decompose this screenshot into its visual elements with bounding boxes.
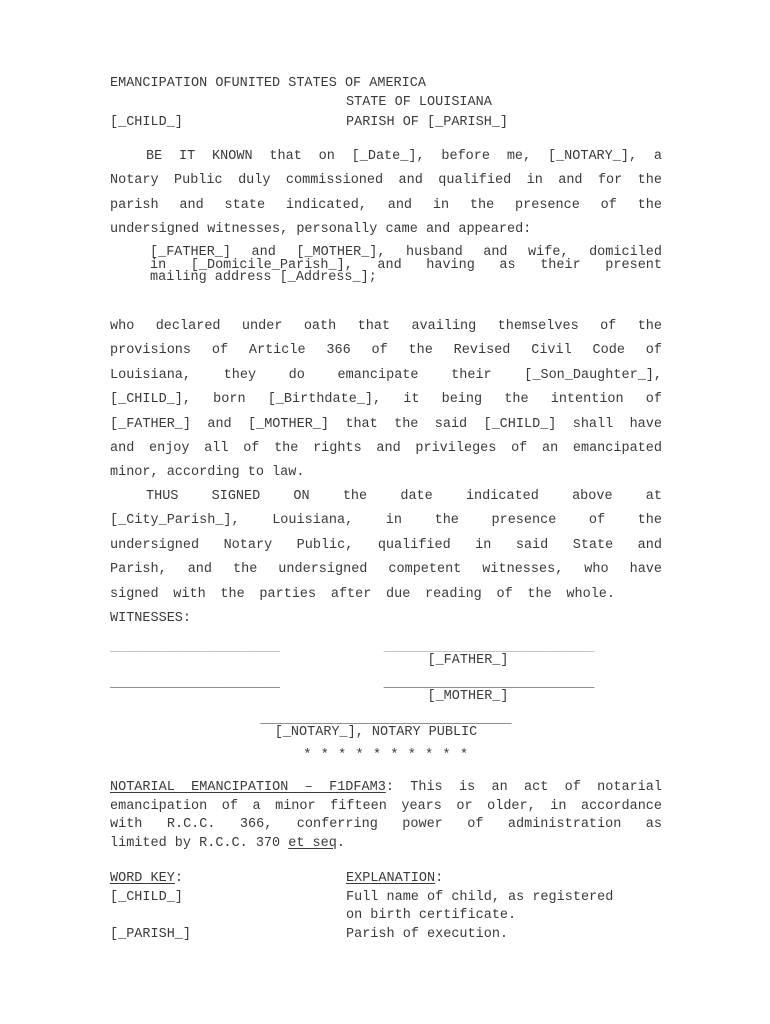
text-line: [_City_Parish_], Louisiana, in the prese…: [110, 509, 662, 533]
document-page: EMANCIPATION OFUNITED STATES OF AMERICA …: [0, 0, 770, 1024]
word-key-heading: WORD KEY:: [110, 870, 346, 889]
notary-label: [_NOTARY_], NOTARY PUBLIC: [110, 727, 662, 739]
signature-section: _____________________ __________________…: [110, 641, 662, 762]
text-line: on birth certificate.: [346, 907, 662, 926]
signature-row-1-lines: _____________________ __________________…: [110, 641, 662, 655]
text-line: Full name of child, as registered: [346, 889, 662, 908]
father-label: [_FATHER_]: [383, 655, 595, 667]
text-line: Parish of execution.: [346, 926, 662, 945]
text-line: signed with the parties after due readin…: [110, 583, 615, 607]
text-line: undersigned Notary Public, qualified in …: [110, 534, 662, 558]
state-line: STATE OF LOUISIANA: [346, 93, 662, 112]
text-line: Notary Public duly commissioned and qual…: [110, 169, 662, 193]
text-line: undersigned witnesses, personally came a…: [110, 218, 662, 242]
signature-label-spacer: [110, 691, 383, 703]
text-line: provisions of Article 366 of the Revised…: [110, 339, 662, 363]
word-key-term: [_CHILD_]: [110, 889, 346, 926]
footnote-line-4-pre: limited by R.C.C. 370: [110, 836, 288, 851]
witnesses-label: WITNESSES:: [110, 612, 662, 626]
word-key-explanation: Full name of child, as registeredon birt…: [346, 889, 662, 926]
word-key-section: WORD KEY: EXPLANATION: [_CHILD_] Full na…: [110, 870, 662, 945]
declaration-paragraph: who declared under oath that availing th…: [110, 315, 662, 486]
text-line: and enjoy all of the rights and privileg…: [110, 437, 662, 461]
parish-line: PARISH OF [_PARISH_]: [346, 113, 662, 132]
word-key-heading-row: WORD KEY: EXPLANATION:: [110, 870, 662, 889]
text-line: BE IT KNOWN that on [_Date_], before me,…: [110, 145, 662, 169]
signature-row-2-lines: _____________________ __________________…: [110, 677, 662, 691]
footnote-title: NOTARIAL EMANCIPATION – F1DFAM3: [110, 780, 386, 795]
witness-signature-line-2: _____________________: [110, 677, 383, 691]
explanation-heading: EXPLANATION:: [346, 870, 662, 889]
notary-signature-block: _______________________________ [_NOTARY…: [110, 713, 662, 739]
word-key-term: [_PARISH_]: [110, 926, 346, 945]
text-line: Louisiana, they do emancipate their [_So…: [110, 364, 662, 388]
explanation-heading-colon: :: [435, 871, 443, 886]
footnote-line-3: with R.C.C. 366, conferring power of adm…: [110, 816, 662, 835]
mother-label: [_MOTHER_]: [383, 691, 595, 703]
explanation-heading-text: EXPLANATION: [346, 871, 435, 886]
et-seq-citation: et seq: [288, 836, 337, 851]
appearers-paragraph: [_FATHER_] and [_MOTHER_], husband and w…: [150, 247, 662, 285]
word-key-row-parish: [_PARISH_] Parish of execution.: [110, 926, 662, 945]
footnote-line-1-rest: : This is an act of notarial: [386, 780, 662, 795]
document-header: EMANCIPATION OFUNITED STATES OF AMERICA …: [110, 74, 662, 132]
signature-row-1-labels: [_FATHER_]: [110, 655, 662, 667]
opening-paragraph: BE IT KNOWN that on [_Date_], before me,…: [110, 145, 662, 243]
word-key-heading-text: WORD KEY: [110, 871, 175, 886]
text-line: THUS SIGNED ON the date indicated above …: [110, 485, 662, 509]
signature-label-spacer: [110, 655, 383, 667]
text-line: Parish, and the undersigned competent wi…: [110, 558, 662, 582]
text-line: mailing address [_Address_];: [150, 272, 662, 285]
text-line: minor, according to law.: [110, 461, 662, 485]
header-spacer: [110, 93, 346, 112]
execution-paragraph: THUS SIGNED ON the date indicated above …: [110, 485, 662, 607]
word-key-row-child: [_CHILD_] Full name of child, as registe…: [110, 889, 662, 926]
text-line: [_FATHER_] and [_MOTHER_] that the said …: [110, 413, 662, 437]
footnote-line-4-period: .: [337, 836, 345, 851]
title-line: EMANCIPATION OFUNITED STATES OF AMERICA: [110, 74, 662, 93]
witness-signature-line-1: _____________________: [110, 641, 383, 655]
child-placeholder: [_CHILD_]: [110, 113, 346, 132]
signature-row-2-labels: [_MOTHER_]: [110, 691, 662, 703]
text-line: [_CHILD_], born [_Birthdate_], it being …: [110, 388, 662, 412]
footnote-paragraph: NOTARIAL EMANCIPATION – F1DFAM3: This is…: [110, 779, 662, 853]
footnote-line-1: NOTARIAL EMANCIPATION – F1DFAM3: This is…: [110, 779, 662, 798]
word-key-heading-colon: :: [175, 871, 183, 886]
text-line: parish and state indicated, and in the p…: [110, 194, 662, 218]
stars-separator: * * * * * * * * * *: [110, 750, 662, 762]
word-key-explanation: Parish of execution.: [346, 926, 662, 945]
text-line: who declared under oath that availing th…: [110, 315, 662, 339]
footnote-line-4: limited by R.C.C. 370 et seq.: [110, 835, 662, 854]
footnote-line-2: emancipation of a minor fifteen years or…: [110, 798, 662, 817]
